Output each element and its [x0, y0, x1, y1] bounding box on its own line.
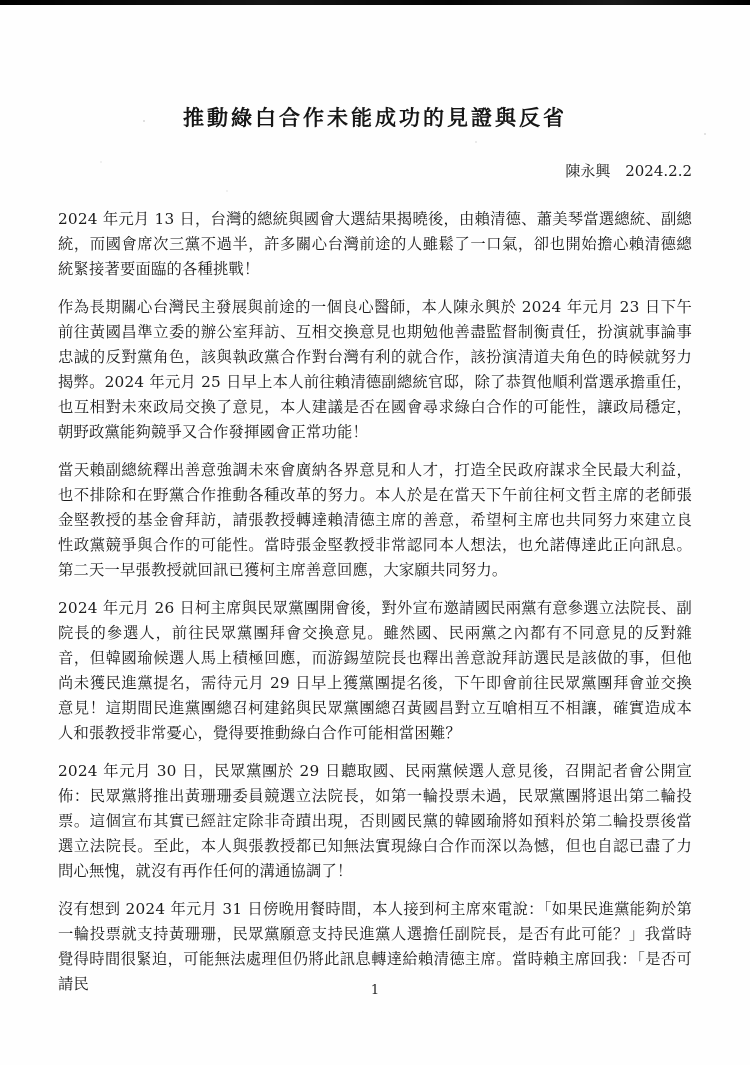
paragraph-3: 當天賴副總統釋出善意強調未來會廣納各界意見和人才，打造全民政府謀求全民最大利益，… [58, 458, 692, 583]
byline-author: 陳永興 [565, 162, 610, 180]
scan-edge-artifact [0, 0, 750, 5]
document-page: 推動綠白合作未能成功的見證與反省 陳永興 2024.2.2 2024 年元月 1… [0, 103, 750, 997]
paragraph-4: 2024 年元月 26 日柯主席與民眾黨團開會後，對外宣布邀請國民兩黨有意參選立… [58, 596, 692, 746]
document-body: 2024 年元月 13 日，台灣的總統與國會大選結果揭曉後，由賴清德、蕭美琴當選… [58, 207, 692, 997]
paragraph-2: 作為長期關心台灣民主發展與前途的一個良心醫師，本人陳永興於 2024 年元月 2… [58, 295, 692, 445]
scanned-document: { "document": { "title": "推動綠白合作未能成功的見證與… [0, 0, 750, 1065]
byline-date: 2024.2.2 [625, 162, 692, 180]
paragraph-5: 2024 年元月 30 日，民眾黨團於 29 日聽取國、民兩黨候選人意見後，召開… [58, 759, 692, 884]
paragraph-6: 沒有想到 2024 年元月 31 日傍晚用餐時間，本人接到柯主席來電說：「如果民… [58, 897, 692, 997]
paragraph-1: 2024 年元月 13 日，台灣的總統與國會大選結果揭曉後，由賴清德、蕭美琴當選… [58, 207, 692, 282]
document-title: 推動綠白合作未能成功的見證與反省 [58, 103, 692, 133]
page-number: 1 [0, 983, 750, 999]
byline: 陳永興 2024.2.2 [58, 161, 692, 181]
